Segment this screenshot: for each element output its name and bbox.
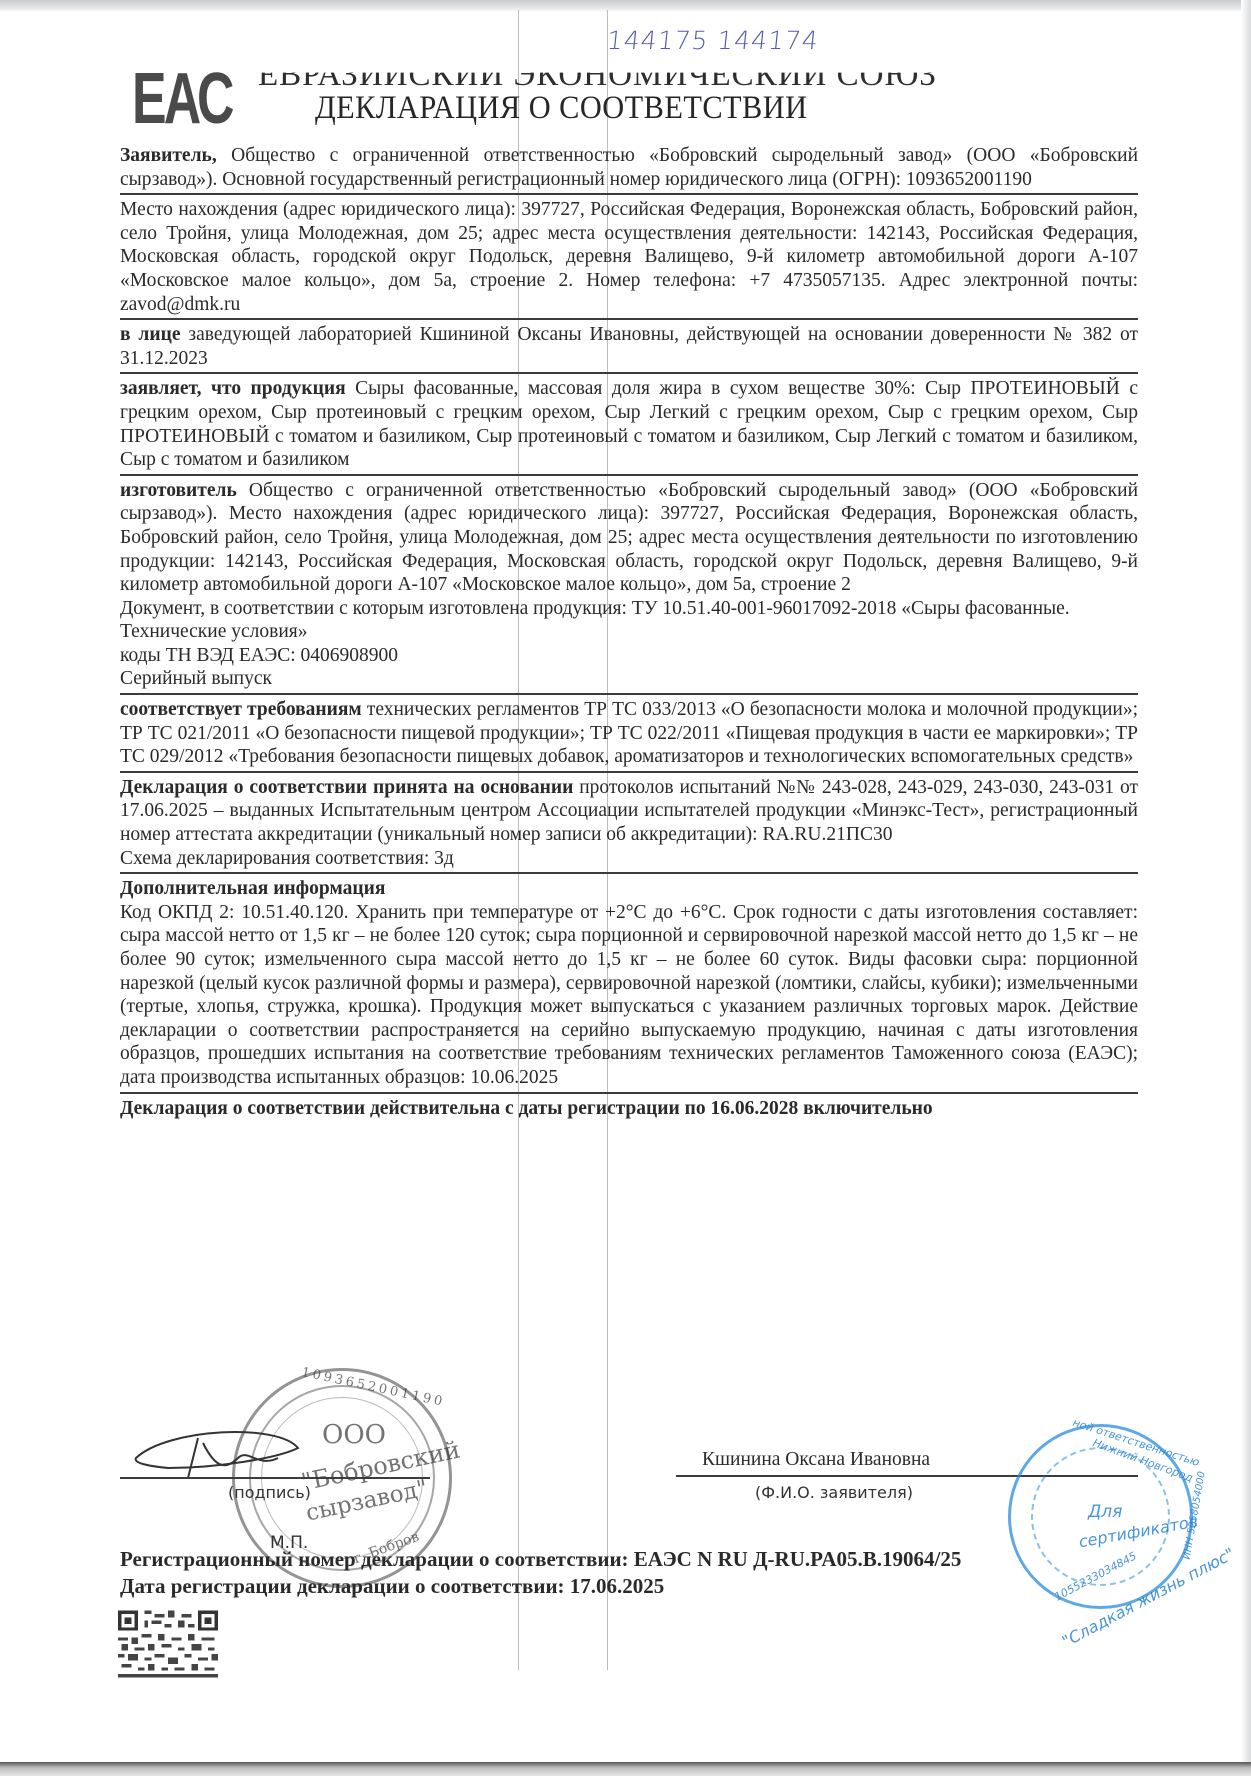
address-section: Место нахождения (адрес юридического лиц… bbox=[120, 198, 1138, 320]
document-title: ДЕКЛАРАЦИЯ О СООТВЕТСТВИИ bbox=[315, 90, 808, 127]
product-section: заявляет, что продукция Сыры фасованные,… bbox=[120, 377, 1138, 475]
signature-label: (подпись) bbox=[228, 1483, 311, 1502]
manufacturing-document: Документ, в соответствии с которым изгот… bbox=[120, 597, 1138, 644]
scan-edge-bottom bbox=[0, 1762, 1251, 1776]
declaration-body: Заявитель, Общество с ограниченной ответ… bbox=[120, 144, 1138, 1122]
representative-section: в лице заведующей лабораторией Кшининой … bbox=[120, 323, 1138, 374]
product-lead: заявляет, что продукция bbox=[120, 378, 346, 399]
representative-text: заведующей лабораторией Кшининой Оксаны … bbox=[120, 324, 1138, 369]
manufacturer-text: Общество с ограниченной ответственностью… bbox=[120, 480, 1138, 595]
validity-section: Декларация о соответствии действительна … bbox=[120, 1097, 1138, 1123]
applicant-section: Заявитель, Общество с ограниченной ответ… bbox=[120, 144, 1138, 195]
applicant-name: Кшинина Оксана Ивановна bbox=[702, 1449, 930, 1471]
eac-logo-text: ЕАС bbox=[132, 66, 232, 132]
release-type: Серийный выпуск bbox=[120, 667, 1138, 691]
scan-edge-top bbox=[0, 0, 1251, 12]
customs-codes: коды ТН ВЭД ЕАЭС: 0406908900 bbox=[120, 644, 1138, 668]
signature-line bbox=[120, 1477, 430, 1479]
additional-heading: Дополнительная информация bbox=[120, 877, 1138, 901]
additional-text: Код ОКПД 2: 10.51.40.120. Хранить при те… bbox=[120, 901, 1138, 1090]
registration-date: Дата регистрации декларации о соответств… bbox=[120, 1573, 961, 1600]
address-text: Место нахождения (адрес юридического лиц… bbox=[120, 198, 1138, 316]
applicant-lead: Заявитель, bbox=[120, 145, 217, 166]
validity-text: Декларация о соответствии действительна … bbox=[120, 1097, 1138, 1121]
compliance-section: соответствует требованиям технических ре… bbox=[120, 698, 1138, 773]
registration-block: Регистрационный номер декларации о соотв… bbox=[120, 1546, 961, 1600]
basis-section: Декларация о соответствии принята на осн… bbox=[120, 776, 1138, 874]
declaration-scheme: Схема декларирования соответствия: 3д bbox=[120, 847, 1138, 871]
qr-code-icon[interactable] bbox=[118, 1610, 218, 1678]
applicant-text: Общество с ограниченной ответственностью… bbox=[120, 145, 1138, 190]
blue-stamp-center1: Для bbox=[1088, 1502, 1122, 1522]
manufacturer-section: изготовитель Общество с ограниченной отв… bbox=[120, 479, 1138, 695]
applicant-name-label: (Ф.И.О. заявителя) bbox=[755, 1483, 913, 1502]
scan-edge-right bbox=[1241, 0, 1251, 1776]
union-title: ЕВРАЗИЙСКИЙ ЭКОНОМИЧЕСКИЙ СОЮЗ bbox=[258, 55, 958, 95]
signature-block: (подпись) М.П. Кшинина Оксана Ивановна (… bbox=[120, 1445, 1138, 1555]
eac-logo-icon: ЕАС bbox=[132, 66, 224, 132]
additional-section: Дополнительная информация Код ОКПД 2: 10… bbox=[120, 877, 1138, 1093]
manufacturer-lead: изготовитель bbox=[120, 480, 237, 501]
registration-number: Регистрационный номер декларации о соотв… bbox=[120, 1546, 961, 1573]
handwritten-note: 144175 144174 bbox=[605, 26, 820, 55]
basis-lead: Декларация о соответствии принята на осн… bbox=[120, 777, 573, 798]
representative-lead: в лице bbox=[120, 324, 181, 345]
compliance-lead: соответствует требованиям bbox=[120, 699, 362, 720]
